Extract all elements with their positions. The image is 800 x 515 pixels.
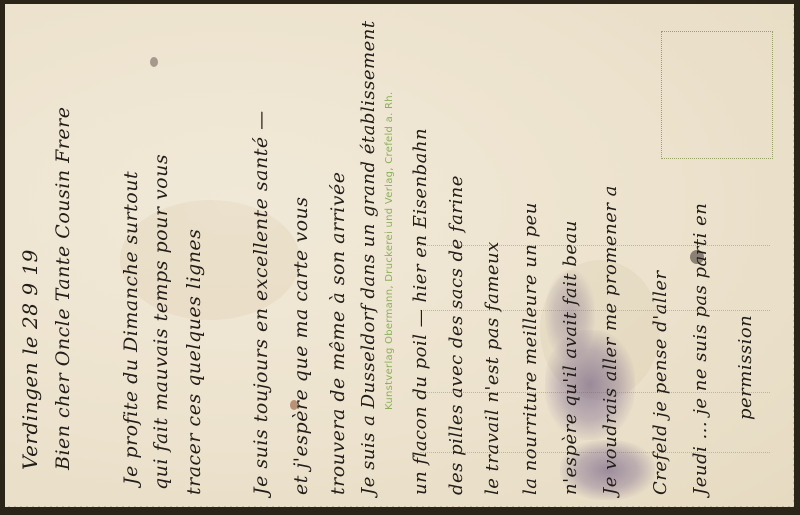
handwritten-line: Je voudrais aller me promener a: [600, 185, 621, 495]
handwritten-line: Je suis toujours en excellente santé —: [250, 110, 272, 495]
publisher-imprint: Kunstverlag Obermann, Druckerei und Verl…: [384, 92, 395, 410]
paper-stain: [150, 57, 158, 67]
handwritten-line: tracer ces quelques lignes: [183, 229, 205, 495]
stamp-box: [661, 31, 773, 159]
date-line: Verdingen le 28 9 19: [18, 249, 42, 470]
handwritten-line: un flacon du poil — hier en Eisenbahn: [410, 128, 431, 495]
address-line: [420, 310, 770, 311]
postcard-back: Kunstverlag Obermann, Druckerei und Verl…: [0, 0, 800, 515]
card-edge: [0, 0, 800, 4]
handwritten-line: n'espère qu'il avait fait beau: [560, 220, 581, 495]
paper-stain: [120, 200, 300, 320]
handwritten-line: et j'espère que ma carte vous: [290, 197, 312, 496]
handwritten-line: permission: [735, 315, 756, 420]
scalloped-edge: [791, 0, 796, 515]
scalloped-edge: [0, 504, 800, 509]
handwritten-line: le travail n'est pas fameux: [482, 241, 503, 495]
handwritten-line: Jeudi ... je ne suis pas parti en: [690, 203, 711, 495]
handwritten-line: Je suis a Dusseldorf dans un grand établ…: [358, 20, 379, 495]
handwritten-line: des pilles avec des sacs de farine: [446, 175, 467, 495]
greeting-line: Bien cher Oncle Tante Cousin Frere: [52, 107, 74, 470]
handwritten-line: trouvera de même à son arrivée: [327, 172, 349, 495]
handwritten-line: Je profite du Dimanche surtout: [120, 171, 142, 485]
handwritten-line: la nourriture meilleure un peu: [520, 202, 541, 495]
card-edge: [0, 0, 5, 515]
handwritten-line: qui fait mauvais temps pour vous: [150, 154, 172, 490]
address-line: [420, 245, 770, 246]
handwritten-line: Crefeld je pense d'aller: [650, 270, 671, 495]
